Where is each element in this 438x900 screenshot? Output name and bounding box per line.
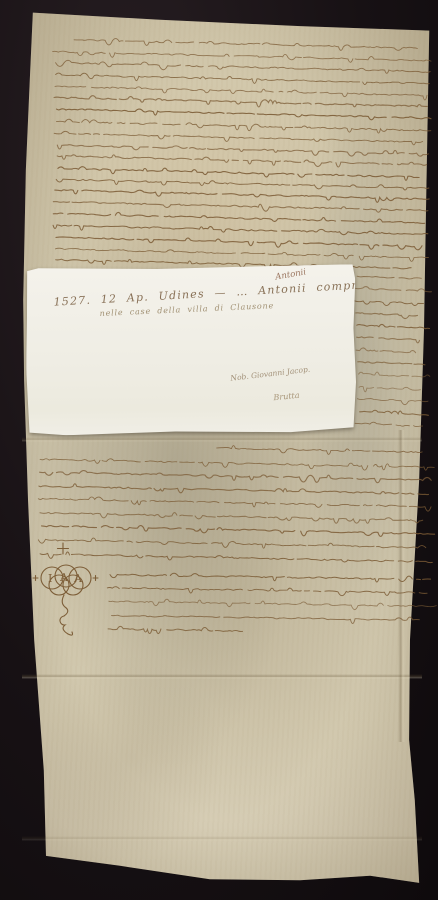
script-line <box>357 276 421 279</box>
script-line <box>357 337 420 343</box>
script-line <box>355 422 423 426</box>
script-line <box>53 225 428 235</box>
script-line <box>57 145 428 156</box>
signum-stem-flourish <box>60 595 73 635</box>
signum-letter: A <box>73 572 83 585</box>
script-line <box>55 190 429 203</box>
script-line <box>40 459 434 470</box>
script-line <box>56 179 429 190</box>
script-line <box>360 410 429 415</box>
script-line <box>357 399 428 405</box>
signum-letter: A <box>59 571 69 584</box>
script-line <box>107 587 427 596</box>
script-line <box>57 155 427 167</box>
manuscript-handwriting: I A A <box>0 0 438 900</box>
script-line <box>39 484 429 495</box>
script-line <box>56 60 431 73</box>
slip-annotation-bottom: Brutta <box>273 391 300 403</box>
signum-letter: I <box>48 572 52 585</box>
script-line <box>40 471 432 483</box>
script-line <box>58 167 419 181</box>
script-line <box>57 109 432 120</box>
script-line <box>357 324 430 328</box>
script-line <box>356 313 418 319</box>
script-line <box>109 599 437 609</box>
script-line <box>38 538 425 548</box>
script-line <box>54 96 427 107</box>
script-line <box>358 362 425 365</box>
script-line <box>55 248 428 261</box>
slip-annotation-name: Nob. Giovanni Jacop. <box>230 365 311 383</box>
photo-backdrop: I A A 1527. 12 Ap. Udines — … Antonii co… <box>0 0 438 900</box>
archival-slip-paper: 1527. 12 Ap. Udines — … Antonii compra l… <box>25 264 357 435</box>
script-line <box>42 526 435 537</box>
script-line <box>108 626 242 633</box>
script-line <box>359 386 421 391</box>
notarial-signum: I A A <box>33 543 98 635</box>
slip-annotation-top: Antonii <box>275 267 307 282</box>
script-line <box>53 202 428 213</box>
script-line <box>40 552 432 563</box>
script-line <box>74 39 417 51</box>
archival-slip: 1527. 12 Ap. Udines — … Antonii compra l… <box>26 266 356 434</box>
script-line <box>355 301 424 306</box>
script-line <box>217 446 423 455</box>
script-line <box>356 287 432 292</box>
script-line <box>359 372 430 377</box>
script-line <box>356 348 416 353</box>
script-line <box>56 237 422 250</box>
script-line <box>40 513 423 524</box>
script-line <box>56 73 430 84</box>
script-line <box>110 573 431 582</box>
script-line <box>57 119 431 133</box>
script-line <box>53 51 431 62</box>
script-line <box>54 131 422 144</box>
script-line <box>112 615 420 623</box>
script-line <box>38 497 431 511</box>
script-line <box>53 212 424 223</box>
script-line <box>55 86 427 100</box>
